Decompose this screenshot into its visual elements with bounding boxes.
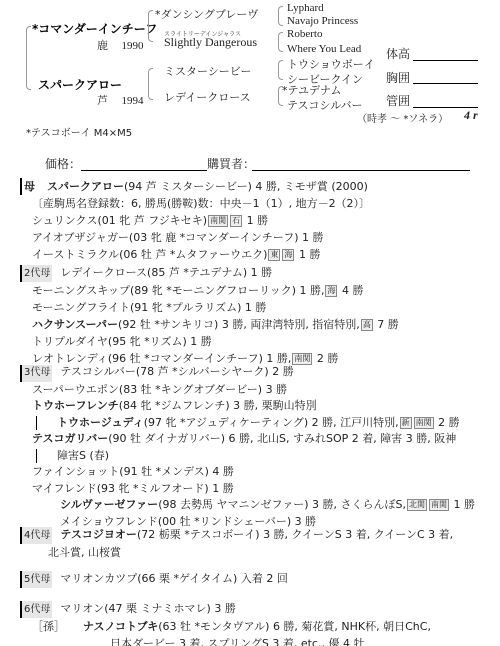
section-tag: 4代母	[20, 527, 52, 544]
progeny-row-cont: 障害S (春)	[20, 448, 475, 465]
gen3-4: Where You Lead	[287, 43, 361, 55]
sire-color: 鹿	[97, 39, 108, 52]
progeny-summary: 〔産駒馬名登録数：6, 勝馬(勝鞍)数：中央－1（1）, 地方－2（2）〕	[20, 195, 370, 212]
lineage-bar	[36, 449, 37, 463]
gen6-section: 6代母マリオン(47 栗 ミナミホマレ) 3 勝 ［孫］ナスノコトブキ(63 牡…	[20, 600, 431, 646]
progeny-row: シュリンクス(01 牝 芦 フジキセキ)南関石 1 勝	[20, 212, 370, 229]
chest-label: 胸囲	[386, 69, 410, 86]
cannon-label: 管囲	[386, 92, 410, 109]
progeny-bold: シルヴァーゼファー	[60, 498, 158, 511]
dam-section: 母スパークアロー(94 芦 ミスターシービー) 4 勝, ミモザ賞 (2000)…	[20, 178, 370, 263]
chest-field[interactable]	[413, 83, 478, 84]
progeny-bold: トウホージュディ	[57, 416, 144, 429]
region-badge: 南関	[208, 215, 228, 227]
section-tag: 2代母	[20, 265, 52, 282]
progeny-wins: 4 勝	[338, 284, 363, 297]
section-tag: 6代母	[20, 601, 52, 618]
gen3-2: Navajo Princess	[287, 15, 358, 27]
progeny-text: イーストミラクル(06 牡 芦 *ムタファーウエク)	[32, 248, 267, 261]
dam-color: 芦	[97, 94, 108, 107]
gen4-record-cont: 北斗賞, 山桜賞	[20, 544, 453, 561]
price-label: 価格：	[45, 155, 81, 172]
grandchild-record: (63 牡 *モンタヴアル) 6 勝, 菊花賞, NHK杯, 朝日ChC,	[158, 620, 431, 633]
progeny-row: アイオブザジャガー(03 牝 鹿 *コマンダーインチーフ) 1 勝	[20, 229, 370, 246]
gen3-3: Roberto	[287, 28, 322, 40]
lineage-bar	[36, 416, 37, 430]
g3-bracket-1	[278, 6, 283, 26]
gen3-section: 3代母テスコシルバー(78 芦 *シルバーシヤーク) 2 勝 スーパーウエポン(…	[20, 364, 475, 530]
progeny-row: モーニングフライト(91 牝 *プルラリズム) 1 勝	[20, 299, 399, 316]
gen3-1: Lyphard	[287, 2, 324, 14]
progeny-text: (98 去勢馬 ヤマニンゼファー) 3 勝, さくらんぼS,	[158, 498, 406, 511]
catalog-number: 4 r	[464, 108, 478, 123]
dam-name: スパークアロー	[38, 76, 122, 93]
gen2-dam: レデイークロース(85 芦 *テユデナム) 1 勝	[60, 266, 272, 279]
progeny-row: トリプルダイヤ(95 牝 *リズム) 1 勝	[20, 333, 399, 350]
progeny-bold: テスコガリバー	[32, 432, 108, 445]
progeny-text: シュリンクス(01 牝 芦 フジキセキ)	[32, 214, 207, 227]
gen5-record: マリオンカツプ(66 栗 *ゲイタイム) 入着 2 回	[60, 572, 287, 585]
foaling-note: （時孝 ～ *ソネラ）	[357, 110, 448, 125]
dam-line-bracket	[148, 68, 153, 100]
progeny-text: (92 牡 *サンキリコ) 3 勝, 両津湾特別, 指宿特別,	[118, 318, 360, 331]
region-badge: 高	[361, 319, 373, 331]
section-tag: 5代母	[20, 571, 52, 588]
region-badge: 海	[282, 249, 294, 261]
progeny-text: (84 牝 *ジムフレンチ) 3 勝, 栗駒山特別	[119, 399, 317, 412]
progeny-wins: 1 勝	[243, 214, 268, 227]
progeny-text: (90 牡 ダイナガリバー) 6 勝, 北山S, すみれSOP 2 着, 障害 …	[108, 432, 456, 445]
progeny-row: イーストミラクル(06 牡 芦 *ムタファーウエク)東海 1 勝	[20, 246, 370, 263]
sire-dam: Slightly Dangerous	[164, 35, 257, 50]
buyer-field[interactable]	[252, 170, 470, 171]
section-tag: 母	[20, 178, 39, 195]
g3-bracket-3	[278, 60, 283, 80]
gen4-section: 4代母テスコジヨオー(72 栃栗 *テスコボーイ) 3 勝, クイーンS 3 着…	[20, 526, 453, 561]
progeny-text: 障害S (春)	[57, 449, 109, 462]
gen3-7: *テユデナム	[282, 82, 342, 98]
progeny-row: マイフレンド(93 牝 *ミルフオード) 1 勝	[20, 481, 475, 498]
sire-name: *コマンダーインチーフ	[32, 20, 157, 37]
progeny-row: スーパーウエポン(83 牡 *キングオブダービー) 3 勝	[20, 382, 475, 399]
grandchild-label: ［孫］	[32, 620, 65, 633]
region-badge: 北関	[407, 499, 427, 511]
gen4-record: (72 栃栗 *テスコボーイ) 3 勝, クイーンS 3 着, クイーンC 3 …	[137, 528, 453, 541]
dam-name-bold: スパークアロー	[47, 180, 124, 193]
progeny-wins: 1 勝	[295, 248, 320, 261]
inbreeding-note: *テスコボーイ M4×M5	[26, 124, 132, 139]
grandchild-row: ［孫］ナスノコトブキ(63 牡 *モンタヴアル) 6 勝, 菊花賞, NHK杯,…	[20, 618, 431, 635]
sire-year: 1990	[122, 40, 144, 52]
progeny-wins: 2 勝	[435, 416, 460, 429]
gen2-section: 2代母レデイークロース(85 芦 *テユデナム) 1 勝 モーニングスキップ(8…	[20, 264, 399, 367]
progeny-bold: トウホーフレンチ	[32, 399, 119, 412]
region-badge: 海	[325, 285, 337, 297]
grandchild-bold: ナスノコトブキ	[83, 620, 158, 633]
progeny-wins: 1 勝	[450, 498, 475, 511]
region-badge: 新	[400, 417, 412, 429]
pedigree-bracket	[26, 26, 31, 90]
buyer-label: 購買者：	[207, 155, 255, 172]
progeny-row: トウホージュディ(97 牝 *アジュディケーティング) 2 勝, 江戸川特別,新…	[20, 415, 475, 432]
progeny-bold: ハクサンスーパー	[32, 318, 118, 331]
sire-sire: *ダンシングブレーヴ	[155, 6, 258, 22]
progeny-row: シルヴァーゼファー(98 去勢馬 ヤマニンゼファー) 3 勝, さくらんぼS,北…	[20, 497, 475, 514]
region-badge: 南関	[429, 499, 449, 511]
gen3-8: テスコシルバー	[287, 97, 363, 113]
gen5-section: 5代母マリオンカツプ(66 栗 *ゲイタイム) 入着 2 回	[20, 570, 288, 588]
progeny-row: トウホーフレンチ(84 牝 *ジムフレンチ) 3 勝, 栗駒山特別	[20, 398, 475, 415]
progeny-row: ハクサンスーパー(92 牡 *サンキリコ) 3 勝, 両津湾特別, 指宿特別,高…	[20, 316, 399, 333]
progeny-text: モーニングスキップ(89 牝 *モーニングフローリック) 1 勝,	[32, 284, 324, 297]
region-badge: 南関	[414, 417, 434, 429]
region-badge: 石	[230, 215, 242, 227]
dam-sire: ミスターシービー	[164, 63, 251, 79]
dam-record: (94 芦 ミスターシービー) 4 勝, ミモザ賞 (2000)	[124, 180, 368, 193]
g3-bracket-2	[278, 32, 283, 52]
grandchild-record-cont: 日本ダービー 3 着, スプリングS 3 着, etc., 優 4 牡	[20, 635, 431, 646]
progeny-row: ファインショット(91 牡 *メンデス) 4 勝	[20, 464, 475, 481]
sire-line-bracket	[148, 10, 153, 42]
progeny-text: (97 牝 *アジュディケーティング) 2 勝, 江戸川特別,	[144, 416, 399, 429]
gen6-record: マリオン(47 栗 ミナミホマレ) 3 勝	[60, 602, 235, 615]
progeny-row: モーニングスキップ(89 牝 *モーニングフローリック) 1 勝,海 4 勝	[20, 282, 399, 299]
progeny-row: テスコガリバー(90 牡 ダイナガリバー) 6 勝, 北山S, すみれSOP 2…	[20, 431, 475, 448]
dam-dam: レデイークロース	[164, 89, 251, 105]
dam-info: 芦 1994	[97, 92, 144, 108]
gen3-dam: テスコシルバー(78 芦 *シルバーシヤーク) 2 勝	[60, 365, 293, 378]
gen3-5: トウショウボーイ	[287, 56, 375, 72]
height-label: 体高	[386, 45, 410, 62]
progeny-wins: 7 勝	[374, 318, 399, 331]
price-field[interactable]	[81, 170, 207, 171]
gen4-dam-bold: テスコジヨオー	[60, 528, 137, 541]
height-field[interactable]	[413, 60, 478, 61]
dam-year: 1994	[122, 95, 144, 107]
region-badge: 東	[268, 249, 280, 261]
sire-info: 鹿 1990	[97, 37, 144, 53]
section-tag: 3代母	[20, 365, 52, 382]
